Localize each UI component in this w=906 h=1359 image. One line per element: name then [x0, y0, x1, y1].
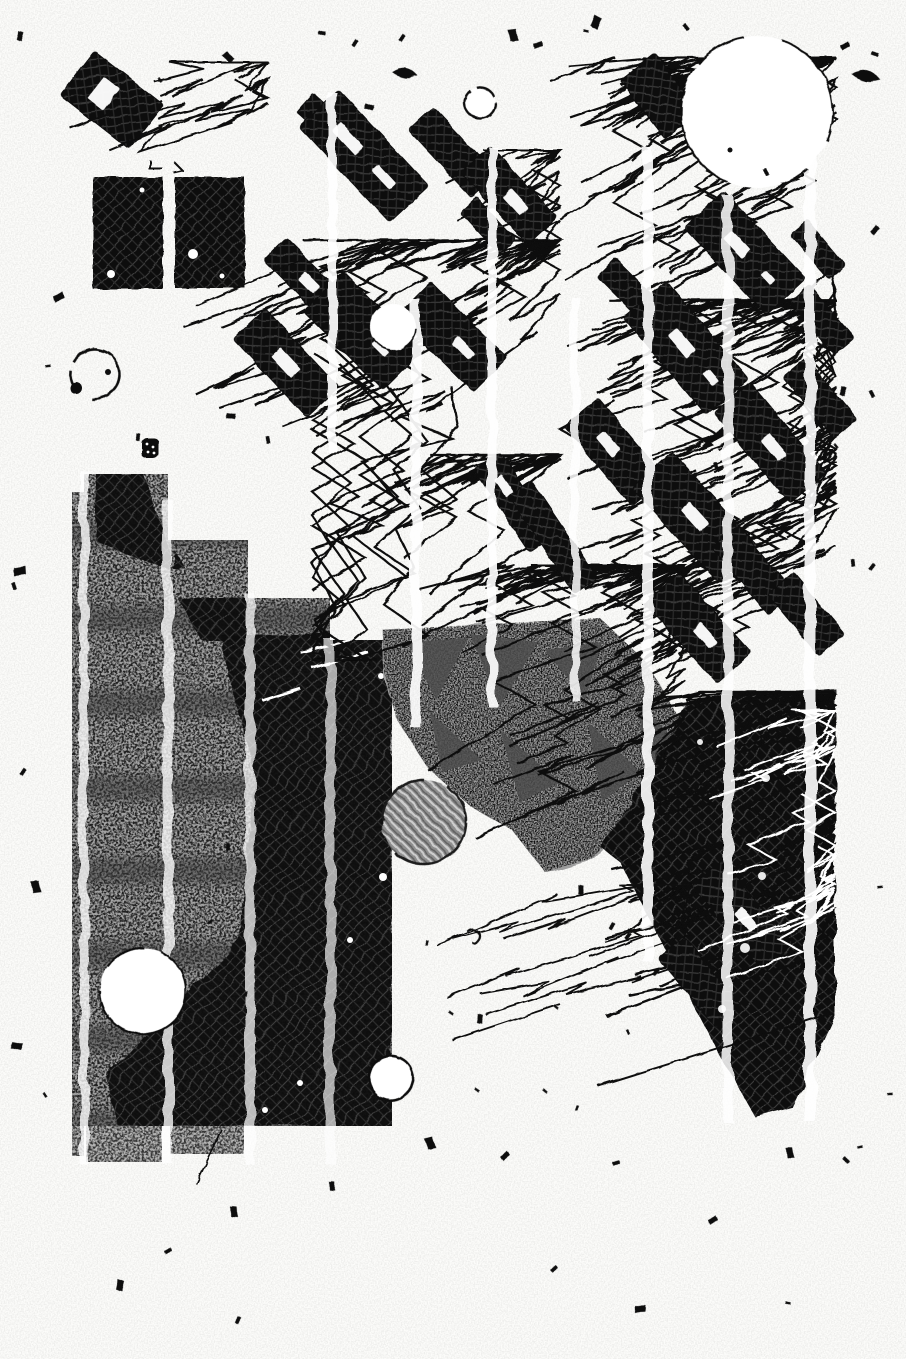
white-dot [762, 774, 770, 782]
sketch-circle-dot [105, 369, 111, 375]
white-dot [140, 188, 145, 193]
white-dot [379, 873, 387, 881]
white-stripe [643, 148, 653, 962]
knit-stub-grain [170, 1126, 244, 1154]
white-stripe [723, 196, 733, 1122]
speckled-blob [142, 438, 159, 459]
big-black-rect [175, 177, 245, 288]
white-dot [347, 937, 353, 943]
blob-body [142, 438, 159, 459]
knit-stub [86, 1126, 162, 1162]
abstract-print-collage [0, 0, 906, 1359]
blob-pore [147, 451, 150, 454]
blob-pore [152, 446, 155, 449]
white-dot [758, 872, 766, 880]
knit-stub [170, 1126, 244, 1154]
big-black-rect [93, 177, 163, 289]
moon-dot [728, 148, 733, 153]
white-stripe [411, 300, 421, 728]
white-dot [740, 943, 750, 953]
white-stripe [328, 92, 337, 452]
white-dot [220, 274, 225, 279]
artwork-canvas [0, 0, 906, 1359]
white-dot [297, 1080, 303, 1086]
white-dot [107, 270, 115, 278]
blob-pore [153, 452, 156, 455]
white-dot [697, 739, 703, 745]
white-stripe [805, 76, 816, 1122]
knit-stub-grain [86, 1126, 162, 1162]
white-dot [188, 249, 198, 259]
sketch-circle-blob [70, 382, 82, 394]
white-stripe [245, 594, 255, 1164]
white-stripe [80, 470, 89, 1164]
white-stripe [325, 640, 335, 1164]
white-dot [378, 673, 384, 679]
white-dot [262, 1107, 268, 1113]
white-stripe [488, 146, 497, 706]
blob-pore [146, 443, 149, 446]
white-stripe [571, 296, 579, 700]
white-stripe [163, 500, 173, 1164]
